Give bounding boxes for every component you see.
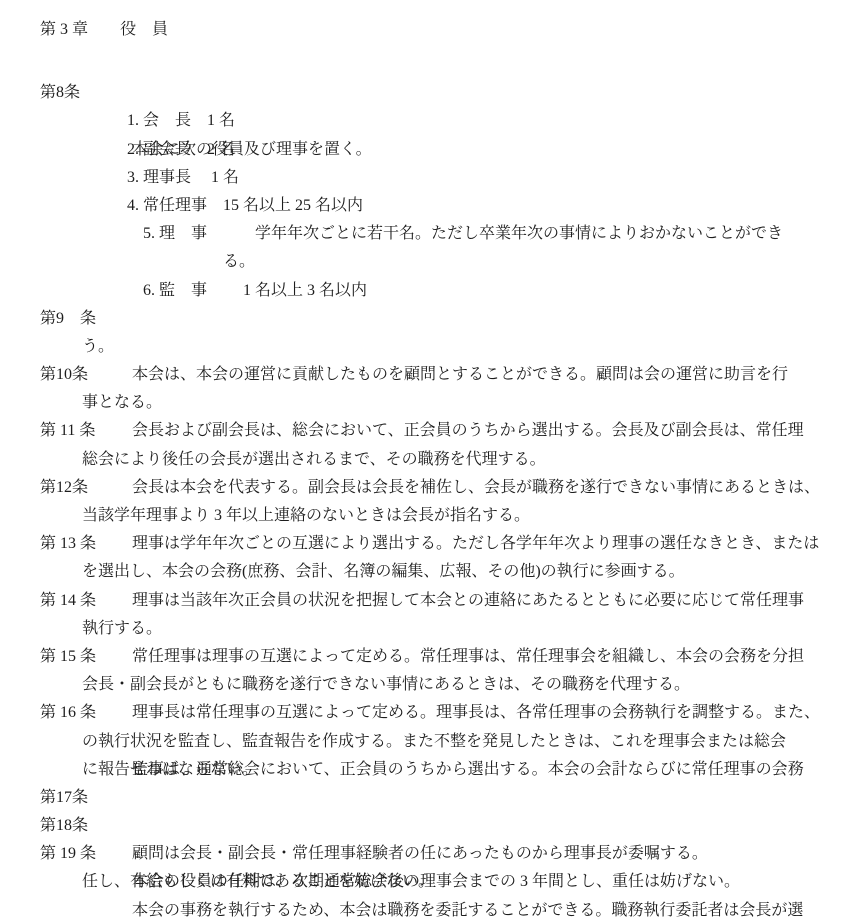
article-17-number: 第17条 xyxy=(40,784,88,812)
article-8-line: 第8条 本会に次の役員及び理事を置く。 xyxy=(0,79,860,107)
article-9-number: 第9 条 xyxy=(40,305,96,333)
chapter-heading: 第 3 章 役 員 xyxy=(0,16,860,44)
document-page: 第 3 章 役 員 第8条 本会に次の役員及び理事を置く。 1. 会 長 1 名… xyxy=(0,0,860,923)
article-14-number: 第 14 条 xyxy=(40,587,96,615)
article-14-line: 第 14 条 常任理事は理事の互選によって定める。常任理事は、常任理事会を組織し… xyxy=(0,587,860,615)
article-11-number: 第 11 条 xyxy=(40,417,95,445)
article-16-line: 第 16 条 監事は、通常総会において、正会員のうちから選出する。本会の会計なら… xyxy=(0,699,860,727)
article-19-text: 本会の事務を執行するため、本会は職務を委託することができる。職務執行委託者は会長… xyxy=(132,902,803,919)
article-18-number: 第18条 xyxy=(40,812,88,840)
article-17-line: 第17条 顧問は会長・副会長・常任理事経験者の任にあったものから理事長が委嘱する… xyxy=(0,784,860,812)
list-item-5: 5. 理 事 学年年次ごとに若干名。ただし卒業年次の事情によりおかないことができ xyxy=(0,220,860,248)
article-11-line: 第 11 条 会長は本会を代表する。副会長は会長を補佐し、会長が職務を遂行できな… xyxy=(0,417,860,445)
article-15-line: 第 15 条 理事長は常任理事の互選によって定める。理事長は、各常任理事の会務執… xyxy=(0,643,860,671)
article-15-number: 第 15 条 xyxy=(40,643,96,671)
article-16-number: 第 16 条 xyxy=(40,699,96,727)
article-19-line: 第 19 条 本会の事務を執行するため、本会は職務を委託することができる。職務執… xyxy=(0,840,860,868)
list-item-4: 4. 常任理事 15 名以上 25 名以内 xyxy=(0,192,860,220)
article-12-number: 第12条 xyxy=(40,474,88,502)
article-13-number: 第 13 条 xyxy=(40,530,96,558)
list-item-6: 6. 監 事 1 名以上 3 名以内 xyxy=(0,277,860,305)
article-19-number: 第 19 条 xyxy=(40,840,96,868)
article-9-line: 第9 条 本会は、本会の運営に貢献したものを顧問とすることができる。顧問は会の運… xyxy=(0,305,860,333)
article-10-line: 第10条 会長および副会長は、総会において、正会員のうちから選出する。会長及び副… xyxy=(0,361,860,389)
article-18-line: 第18条 本会の役員の任期は、次期通常総会後の理事会までの 3 年間とし、重任は… xyxy=(0,812,860,840)
article-8-number: 第8条 xyxy=(40,79,80,107)
list-item-3: 3. 理事長 1 名 xyxy=(0,164,860,192)
article-10-number: 第10条 xyxy=(40,361,88,389)
article-16-text: 監事は、通常総会において、正会員のうちから選出する。本会の会計ならびに常任理事の… xyxy=(132,761,804,778)
article-13-line: 第 13 条 理事は当該年次正会員の状況を把握して本会との連絡にあたるとともに必… xyxy=(0,530,860,558)
article-12-line: 第12条 理事は学年年次ごとの互選により選出する。ただし各学年年次より理事の選任… xyxy=(0,474,860,502)
article-18-text: 本会の役員の任期は、次期通常総会後の理事会までの 3 年間とし、重任は妨げない。 xyxy=(132,873,740,890)
list-item-5-continuation: る。 xyxy=(0,248,860,276)
article-8-text: 本会に次の役員及び理事を置く。 xyxy=(132,141,372,158)
